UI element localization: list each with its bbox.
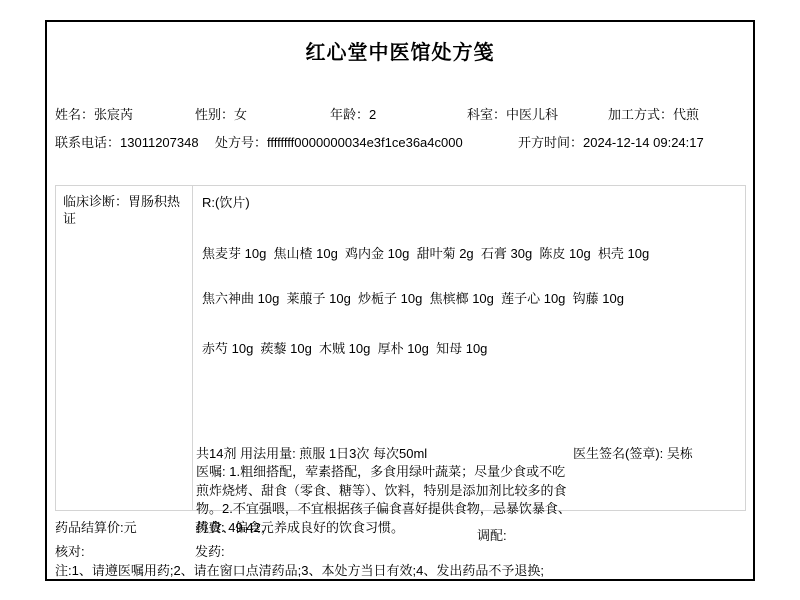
- herb-line-2: 焦六神曲 10g 莱菔子 10g 炒栀子 10g 焦槟榔 10g 莲子心 10g…: [202, 291, 624, 306]
- department-field: 科室：中医儿科: [467, 107, 558, 122]
- dosage-instructions: 共14剂 用法用量: 煎服 1日3次 每次50ml: [196, 446, 427, 461]
- processing-method-value: 代煎: [673, 107, 699, 122]
- patient-gender-label: 性别：: [195, 107, 234, 122]
- patient-name-value: 张宸芮: [94, 107, 133, 122]
- patient-name-label: 姓名：: [55, 107, 94, 122]
- settlement-price-field: 药品结算价:元: [55, 520, 137, 535]
- patient-name-field: 姓名：张宸芮: [55, 107, 133, 122]
- issue-time-value: 2024-12-14 09:24:17: [583, 135, 704, 150]
- check-field: 核对:: [55, 544, 85, 559]
- prescription-page: 红心堂中医馆处方笺 姓名：张宸芮 性别：女 年龄：2 科室：中医儿科 加工方式：…: [0, 0, 800, 600]
- processing-method-field: 加工方式：代煎: [608, 107, 699, 122]
- doctor-signature: 医生签名(签章): 吴栋: [573, 446, 693, 461]
- footer-note: 注:1、请遵医嘱用药;2、请在窗口点清药品;3、本处方当日有效;4、发出药品不予…: [55, 563, 544, 578]
- patient-age-field: 年龄：2: [330, 107, 376, 122]
- rx-header: R:(饮片): [202, 195, 250, 210]
- dispensing-field: 调配:: [477, 528, 507, 543]
- department-label: 科室：: [467, 107, 506, 122]
- issue-time-label: 开方时间：: [518, 135, 583, 150]
- rx-number-value: ffffffff0000000034e3f1ce36a4c000: [267, 135, 463, 150]
- patient-gender-value: 女: [234, 107, 247, 122]
- department-value: 中医儿科: [506, 107, 558, 122]
- herb-line-3: 赤芍 10g 蒺藜 10g 木贼 10g 厚朴 10g 知母 10g: [202, 341, 487, 356]
- processing-method-label: 加工方式：: [608, 107, 673, 122]
- patient-age-value: 2: [369, 107, 376, 122]
- phone-label: 联系电话：: [55, 135, 120, 150]
- phone-field: 联系电话：13011207348: [55, 135, 199, 150]
- rx-number-field: 处方号：ffffffff0000000034e3f1ce36a4c000: [215, 135, 463, 150]
- issue-time-field: 开方时间：2024-12-14 09:24:17: [518, 135, 704, 150]
- page-title: 红心堂中医馆处方笺: [45, 36, 755, 65]
- issue-medicine-field: 发药:: [195, 544, 225, 559]
- herb-line-1: 焦麦芽 10g 焦山楂 10g 鸡内金 10g 甜叶菊 2g 石膏 30g 陈皮…: [202, 246, 649, 261]
- diagnosis-column-divider: [192, 186, 193, 510]
- clinical-diagnosis-label: 临床诊断：: [63, 194, 128, 209]
- patient-age-label: 年龄：: [330, 107, 369, 122]
- patient-gender-field: 性别：女: [195, 107, 247, 122]
- clinical-diagnosis: 临床诊断：胃肠积热证: [63, 193, 189, 227]
- phone-value: 13011207348: [120, 135, 199, 150]
- medicine-fee-field: 药费: 49.42元: [195, 520, 274, 535]
- rx-number-label: 处方号：: [215, 135, 267, 150]
